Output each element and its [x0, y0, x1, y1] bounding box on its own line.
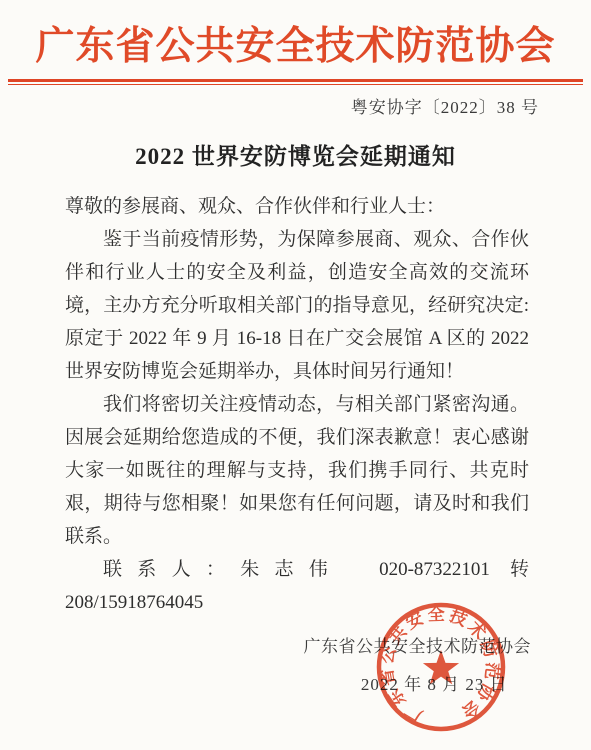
- contact-line: 联系人：朱志伟020-87322101 转 208/15918764045: [65, 553, 529, 619]
- letterhead-divider: [8, 79, 583, 85]
- salutation-line: 尊敬的参展商、观众、合作伙伴和行业人士：: [65, 190, 529, 223]
- contact-name: 朱志伟: [240, 559, 343, 580]
- signature-org-name: 广东省公共安全技术防范协会: [304, 632, 532, 657]
- contact-label: 联系人：: [103, 559, 240, 580]
- paragraph-postponement: 鉴于当前疫情形势，为保障参展商、观众、合作伙伴和行业人士的安全及利益，创造安全高…: [65, 223, 529, 388]
- signature-block: 广东省公共安全技术防范协会 2022 年 8 月 23 日: [304, 632, 532, 695]
- divider-thin-line: [8, 84, 583, 85]
- signature-date: 2022 年 8 月 23 日: [304, 670, 532, 695]
- notice-title: 2022 世界安防博览会延期通知: [0, 138, 591, 171]
- notice-document-page: 广东省公共安全技术防范协会 粤安协字〔2022〕38 号 2022 世界安防博览…: [0, 0, 591, 750]
- divider-thick-line: [8, 79, 583, 82]
- paragraph-apology: 我们将密切关注疫情动态，与相关部门紧密沟通。因展会延期给您造成的不便，我们深表歉…: [65, 388, 529, 553]
- document-number: 粤安协字〔2022〕38 号: [0, 93, 591, 118]
- letterhead-org-name: 广东省公共安全技术防范协会: [0, 0, 591, 71]
- notice-body: 尊敬的参展商、观众、合作伙伴和行业人士： 鉴于当前疫情形势，为保障参展商、观众、…: [65, 190, 529, 619]
